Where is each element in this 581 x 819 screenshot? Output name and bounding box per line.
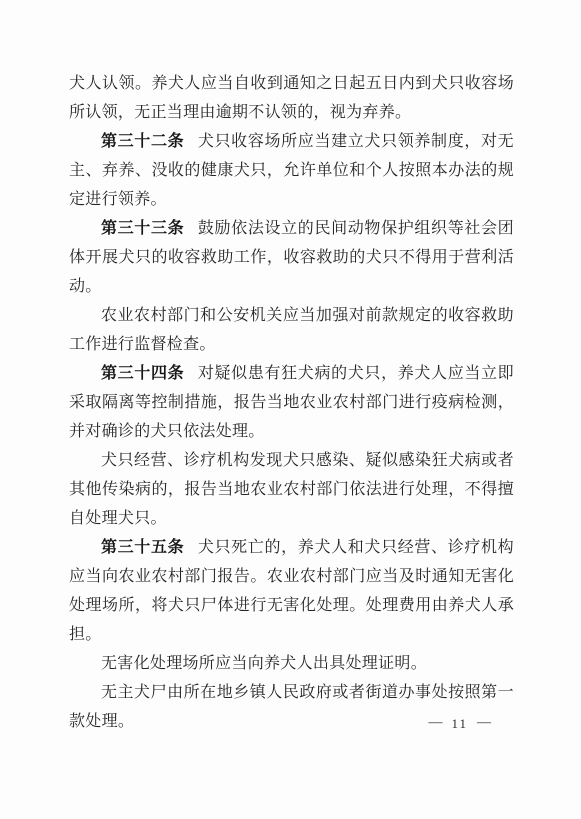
paragraph: 第三十四条对疑似患有狂犬病的犬只，养犬人应当立即采取隔离等控制措施，报告当地农业…	[69, 359, 514, 446]
paragraph-text: 农业农村部门和公安机关应当加强对前款规定的收容救助工作进行监督检查。	[69, 307, 514, 353]
footer-left-dash: —	[428, 715, 442, 731]
paragraph: 第三十二条犬只收容场所应当建立犬只领养制度，对无主、弃养、没收的健康犬只，允许单…	[69, 127, 514, 214]
article-number: 第三十三条	[101, 220, 184, 237]
document-page: 犬人认领。养犬人应当自收到通知之日起五日内到犬只收容场所认领，无正当理由逾期不认…	[0, 0, 581, 819]
text-block: 犬人认领。养犬人应当自收到通知之日起五日内到犬只收容场所认领，无正当理由逾期不认…	[69, 69, 514, 736]
paragraph: 第三十五条犬只死亡的，养犬人和犬只经营、诊疗机构应当向农业农村部门报告。农业农村…	[69, 533, 514, 649]
article-number: 第三十四条	[101, 365, 184, 382]
page-number: 11	[451, 716, 468, 732]
article-number: 第三十二条	[101, 133, 184, 150]
page-footer: — 11 —	[428, 716, 491, 732]
paragraph: 第三十三条鼓励依法设立的民间动物保护组织等社会团体开展犬只的收容救助工作，收容救…	[69, 214, 514, 301]
paragraph-text: 犬人认领。养犬人应当自收到通知之日起五日内到犬只收容场所认领，无正当理由逾期不认…	[69, 75, 514, 121]
paragraph: 犬只经营、诊疗机构发现犬只感染、疑似感染狂犬病或者其他传染病的，报告当地农业农村…	[69, 446, 514, 533]
paragraph-text: 犬只经营、诊疗机构发现犬只感染、疑似感染狂犬病或者其他传染病的，报告当地农业农村…	[69, 452, 514, 527]
article-number: 第三十五条	[101, 539, 184, 556]
paragraph: 犬人认领。养犬人应当自收到通知之日起五日内到犬只收容场所认领，无正当理由逾期不认…	[69, 69, 514, 127]
footer-right-dash: —	[477, 715, 491, 731]
paragraph-text: 无害化处理场所应当向养犬人出具处理证明。	[101, 655, 427, 672]
paragraph: 农业农村部门和公安机关应当加强对前款规定的收容救助工作进行监督检查。	[69, 301, 514, 359]
paragraph: 无害化处理场所应当向养犬人出具处理证明。	[69, 649, 514, 678]
